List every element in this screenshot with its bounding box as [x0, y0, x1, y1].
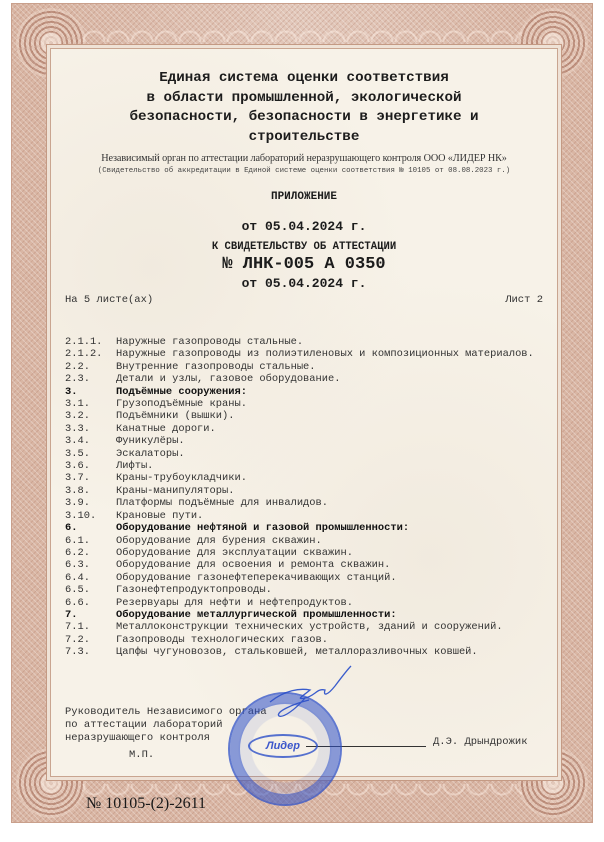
stamp-logo: Лидер: [248, 734, 318, 758]
scope-list-item: 2.3.Детали и узлы, газовое оборудование.: [65, 373, 545, 385]
scope-list-item: 3.5.Эскалаторы.: [65, 448, 545, 460]
item-number: 2.2.: [65, 361, 116, 373]
item-text: Оборудование нефтяной и газовой промышле…: [116, 522, 545, 534]
item-number: 3.10.: [65, 510, 116, 522]
registration-number: № 10105-(2)-2611: [86, 795, 206, 813]
item-number: 6.1.: [65, 535, 116, 547]
scope-list-item: 6.4.Оборудование газонефтеперекачивающих…: [65, 572, 545, 584]
guilloche-pattern: [82, 16, 522, 42]
item-text: Подъёмные сооружения:: [116, 386, 545, 398]
scope-section-heading: 3.Подъёмные сооружения:: [65, 386, 545, 398]
item-number: 3.4.: [65, 435, 116, 447]
item-text: Подъёмники (вышки).: [116, 410, 545, 422]
scope-list-item: 6.3.Оборудование для освоения и ремонта …: [65, 559, 545, 571]
item-number: 6.5.: [65, 584, 116, 596]
item-text: Оборудование для бурения скважин.: [116, 535, 545, 547]
scope-list-item: 2.2.Внутренние газопроводы стальные.: [65, 361, 545, 373]
item-text: Лифты.: [116, 460, 545, 472]
item-text: Металлоконструкции технических устройств…: [116, 621, 545, 633]
scope-list-item: 3.8.Краны-манипуляторы.: [65, 485, 545, 497]
item-number: 2.1.1.: [65, 336, 116, 348]
issuing-organization: Независимый орган по аттестации лаборато…: [51, 153, 557, 164]
item-text: Краны-трубоукладчики.: [116, 472, 545, 484]
scope-list-item: 3.2.Подъёмники (вышки).: [65, 410, 545, 422]
item-text: Цапфы чугуновозов, стальковшей, металлор…: [116, 646, 545, 658]
item-text: Краны-манипуляторы.: [116, 485, 545, 497]
scope-section-heading: 7.Оборудование металлургической промышле…: [65, 609, 545, 621]
appendix-date: от 05.04.2024 г.: [51, 219, 557, 234]
title-line: в области промышленной, экологической: [51, 89, 557, 109]
sheet-number: Лист 2: [505, 294, 543, 306]
sheets-total: На 5 листе(ах): [65, 294, 153, 306]
item-text: Наружные газопроводы стальные.: [116, 336, 545, 348]
certificate-number: № ЛНК-005 А 0350: [51, 255, 557, 274]
scope-list-item: 2.1.1.Наружные газопроводы стальные.: [65, 336, 545, 348]
scope-list-item: 2.1.2.Наружные газопроводы из полиэтилен…: [65, 348, 545, 360]
scope-list: 2.1.1.Наружные газопроводы стальные.2.1.…: [65, 336, 545, 659]
scope-list-item: 6.5.Газонефтепродуктопроводы.: [65, 584, 545, 596]
item-text: Грузоподъёмные краны.: [116, 398, 545, 410]
item-number: 7.2.: [65, 634, 116, 646]
item-text: Канатные дороги.: [116, 423, 545, 435]
scope-list-item: 3.10.Крановые пути.: [65, 510, 545, 522]
certificate-reference: К СВИДЕТЕЛЬСТВУ ОБ АТТЕСТАЦИИ: [51, 241, 557, 253]
item-text: Резервуары для нефти и нефтепродуктов.: [116, 597, 545, 609]
item-number: 6.6.: [65, 597, 116, 609]
appendix-label: ПРИЛОЖЕНИЕ: [51, 191, 557, 203]
item-number: 7.3.: [65, 646, 116, 658]
item-number: 6.2.: [65, 547, 116, 559]
item-text: Внутренние газопроводы стальные.: [116, 361, 545, 373]
scope-list-item: 7.1.Металлоконструкции технических устро…: [65, 621, 545, 633]
scope-list-item: 7.2.Газопроводы технологических газов.: [65, 634, 545, 646]
scope-list-item: 3.4.Фуникулёры.: [65, 435, 545, 447]
certificate-date: от 05.04.2024 г.: [51, 276, 557, 291]
item-text: Оборудование металлургической промышленн…: [116, 609, 545, 621]
item-number: 3.5.: [65, 448, 116, 460]
item-number: 6.4.: [65, 572, 116, 584]
item-number: 3.2.: [65, 410, 116, 422]
scope-list-item: 7.3.Цапфы чугуновозов, стальковшей, мета…: [65, 646, 545, 658]
item-text: Оборудование для эксплуатации скважин.: [116, 547, 545, 559]
item-number: 6.: [65, 522, 116, 534]
seal-place-label: М.П.: [129, 749, 154, 761]
accreditation-note: (Свидетельство об аккредитации в Единой …: [51, 167, 557, 175]
item-text: Газопроводы технологических газов.: [116, 634, 545, 646]
scope-list-item: 3.3.Канатные дороги.: [65, 423, 545, 435]
scope-list-item: 3.7.Краны-трубоукладчики.: [65, 472, 545, 484]
item-text: Фуникулёры.: [116, 435, 545, 447]
scope-list-item: 3.6.Лифты.: [65, 460, 545, 472]
item-text: Оборудование для освоения и ремонта сква…: [116, 559, 545, 571]
document-title: Единая система оценки соответствия в обл…: [51, 69, 557, 147]
scope-list-item: 3.1.Грузоподъёмные краны.: [65, 398, 545, 410]
item-number: 2.3.: [65, 373, 116, 385]
scope-list-item: 6.1.Оборудование для бурения скважин.: [65, 535, 545, 547]
item-number: 7.: [65, 609, 116, 621]
item-text: Оборудование газонефтеперекачивающих ста…: [116, 572, 545, 584]
scope-list-item: 6.6.Резервуары для нефти и нефтепродукто…: [65, 597, 545, 609]
item-number: 7.1.: [65, 621, 116, 633]
item-number: 6.3.: [65, 559, 116, 571]
item-number: 3.1.: [65, 398, 116, 410]
item-text: Крановые пути.: [116, 510, 545, 522]
item-number: 2.1.2.: [65, 348, 116, 360]
item-text: Эскалаторы.: [116, 448, 545, 460]
item-text: Газонефтепродуктопроводы.: [116, 584, 545, 596]
item-number: 3.9.: [65, 497, 116, 509]
title-line: безопасности, безопасности в энергетике …: [51, 108, 557, 128]
scope-section-heading: 6.Оборудование нефтяной и газовой промыш…: [65, 522, 545, 534]
scope-list-item: 6.2.Оборудование для эксплуатации скважи…: [65, 547, 545, 559]
item-number: 3.7.: [65, 472, 116, 484]
item-number: 3.6.: [65, 460, 116, 472]
scope-list-item: 3.9.Платформы подъёмные для инвалидов.: [65, 497, 545, 509]
item-number: 3.: [65, 386, 116, 398]
item-text: Детали и узлы, газовое оборудование.: [116, 373, 545, 385]
item-text: Платформы подъёмные для инвалидов.: [116, 497, 545, 509]
title-line: строительстве: [51, 128, 557, 148]
item-text: Наружные газопроводы из полиэтиленовых и…: [116, 348, 545, 360]
item-number: 3.8.: [65, 485, 116, 497]
signatory-name: Д.Э. Дрындрожик: [433, 736, 528, 748]
title-line: Единая система оценки соответствия: [51, 69, 557, 89]
item-number: 3.3.: [65, 423, 116, 435]
